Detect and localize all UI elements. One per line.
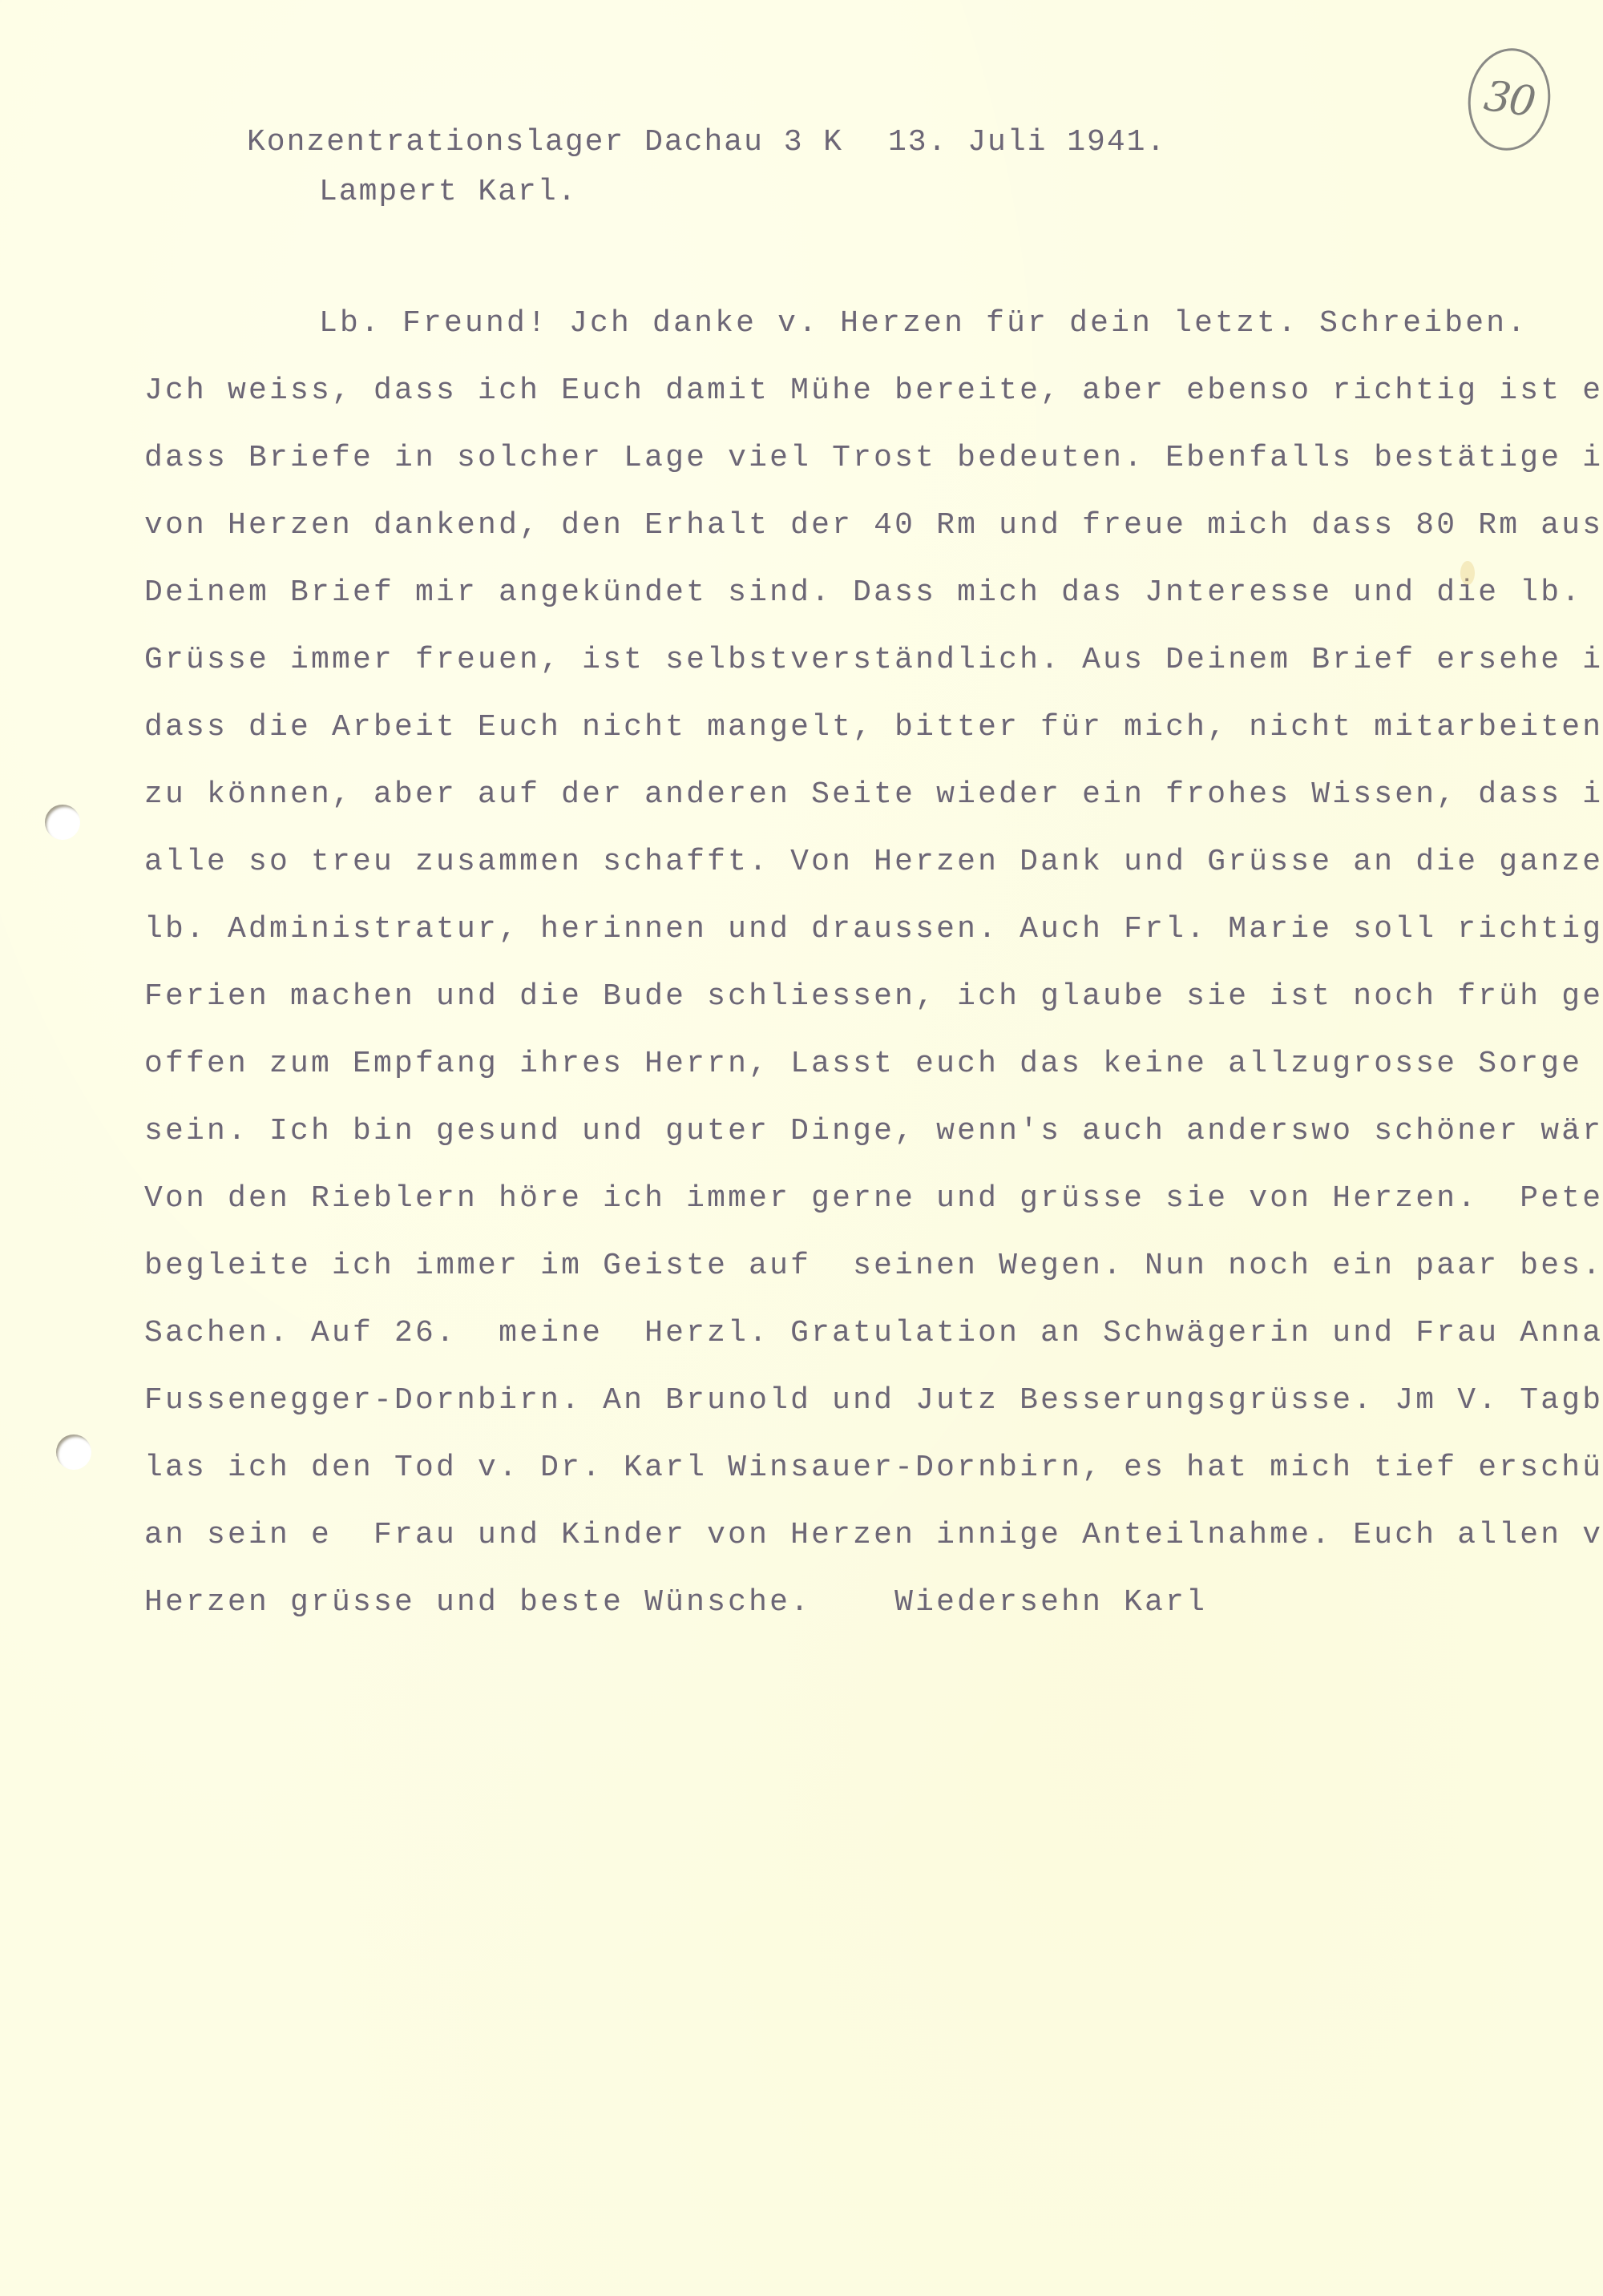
- body-line: Ferien machen und die Bude schliessen, i…: [144, 963, 1603, 1031]
- body-line: Fussenegger-Dornbirn. An Brunold und Jut…: [144, 1367, 1603, 1434]
- body-line: Von den Rieblern höre ich immer gerne un…: [144, 1165, 1603, 1233]
- paper-stain: [1460, 561, 1475, 585]
- body-line: begleite ich immer im Geiste auf seinen …: [144, 1233, 1603, 1300]
- body-line: an sein e Frau und Kinder von Herzen inn…: [144, 1502, 1603, 1569]
- body-line: Deinem Brief mir angekündet sind. Dass m…: [144, 559, 1603, 627]
- body-line: Sachen. Auf 26. meine Herzl. Gratulation…: [144, 1300, 1603, 1367]
- letter-body: Lb. Freund! Jch danke v. Herzen für dein…: [144, 290, 1603, 1636]
- body-line: lb. Administratur, herinnen und draussen…: [144, 896, 1603, 963]
- letter-header-place: Konzentrationslager Dachau 3 K: [247, 125, 843, 159]
- letter-header-date: 13. Juli 1941.: [888, 125, 1166, 159]
- letter-page: 30 Konzentrationslager Dachau 3 K 13. Ju…: [0, 0, 1603, 2296]
- page-number-circle: 30: [1462, 43, 1557, 156]
- page-number: 30: [1481, 72, 1537, 127]
- body-line: Grüsse immer freuen, ist selbstverständl…: [144, 627, 1603, 694]
- body-line: dass die Arbeit Euch nicht mangelt, bitt…: [144, 694, 1603, 761]
- punch-hole-bottom: [56, 1434, 91, 1470]
- punch-hole-top: [45, 805, 80, 840]
- body-line: offen zum Empfang ihres Herrn, Lasst euc…: [144, 1031, 1603, 1098]
- body-line: Lb. Freund! Jch danke v. Herzen für dein…: [144, 290, 1603, 357]
- body-line: Jch weiss, dass ich Euch damit Mühe bere…: [144, 357, 1603, 425]
- letter-sender-name: Lampert Karl.: [319, 175, 577, 209]
- body-line: alle so treu zusammen schafft. Von Herze…: [144, 829, 1603, 896]
- body-line: sein. Ich bin gesund und guter Dinge, we…: [144, 1098, 1603, 1165]
- body-line: von Herzen dankend, den Erhalt der 40 Rm…: [144, 492, 1603, 559]
- body-line: Herzen grüsse und beste Wünsche. Wieders…: [144, 1569, 1603, 1636]
- body-line: las ich den Tod v. Dr. Karl Winsauer-Dor…: [144, 1434, 1603, 1502]
- body-line: dass Briefe in solcher Lage viel Trost b…: [144, 425, 1603, 492]
- body-line: zu können, aber auf der anderen Seite wi…: [144, 761, 1603, 829]
